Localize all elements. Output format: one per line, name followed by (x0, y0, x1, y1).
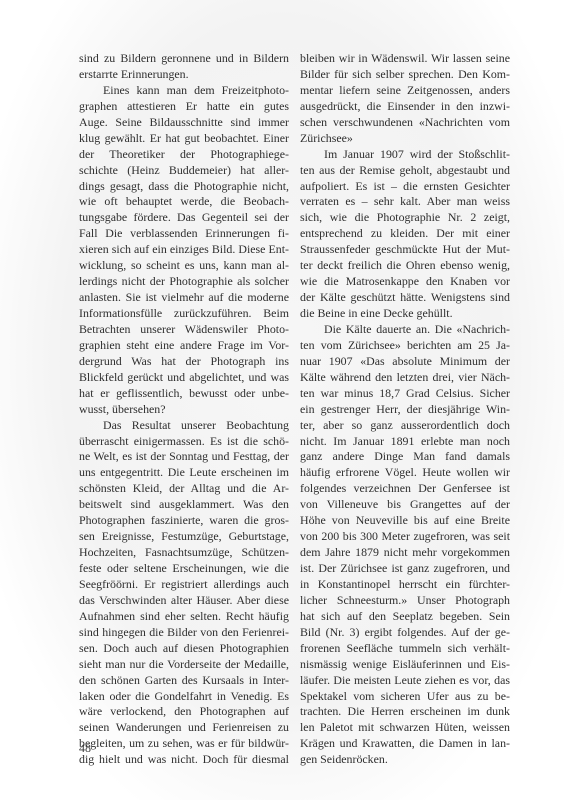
text-line: seinen Wanderungen und Ferienreisen zu (79, 720, 289, 736)
text-line: Informationsfülle zurückzuführen. Beim (79, 306, 289, 322)
text-line: sind zu Bildern geronnene und in Bildern (79, 51, 289, 67)
text-line: Eines kann man dem Freizeitphoto- (79, 83, 289, 99)
text-line: dem Jahre 1879 nicht mehr vorgekommen (300, 545, 510, 561)
text-line: Kälte während den letzten drei, vier Näc… (300, 370, 510, 386)
text-line: xieren sich auf ein einziges Bild. Diese… (79, 242, 289, 258)
text-line: ist. Der Zürichsee ist ganz zugefroren, … (300, 561, 510, 577)
text-line: nicht. Im Januar 1891 erlebte man noch (300, 434, 510, 450)
text-line: wusst, übersehen? (79, 402, 289, 418)
text-line: schönsten Kleid, der Alltag und die Ar- (79, 481, 289, 497)
text-line: hat sich auf den Seeplatz begeben. Sein (300, 609, 510, 625)
text-line: Fall Die verblassenden Erinnerungen fi- (79, 226, 289, 242)
text-line: der Theoretiker der Photographiege- (79, 147, 289, 163)
text-line: begleiten, um zu sehen, was er für bildw… (79, 736, 289, 752)
text-line: frorenen Seefläche tummeln sich verhält- (300, 641, 510, 657)
text-line: der Kälte geschützt hätte. Wenigstens si… (300, 290, 510, 306)
text-line: Die Kälte dauerte an. Die «Nachrich- (300, 322, 510, 338)
text-line: anlasten. Sie ist vielmehr auf die moder… (79, 290, 289, 306)
text-line: verraten es – sehr kalt. Aber man weiss (300, 194, 510, 210)
text-line: ter, aber so ganz ausserordentlich doch (300, 418, 510, 434)
text-line: Bilder für sich selber sprechen. Den Kom… (300, 67, 510, 83)
text-line: uns entgegentritt. Die Leute erscheinen … (79, 465, 289, 481)
text-line: ten vom Zürichsee» berichten am 25 Ja- (300, 338, 510, 354)
text-line: schichte (Heinz Buddemeier) hat aller- (79, 163, 289, 179)
text-line: in Konstantinopel herrscht ein fürchter- (300, 577, 510, 593)
text-line: bleiben wir in Wädenswil. Wir lassen sei… (300, 51, 510, 67)
text-line: wie die Matrosenkappe den Knaben vor (300, 274, 510, 290)
text-line: von 200 bis 300 Meter zugefroren, was se… (300, 529, 510, 545)
text-line: beitswelt sind ausgeklammert. Was den (79, 497, 289, 513)
text-line: laken oder die Gondelfahrt in Venedig. E… (79, 689, 289, 705)
text-line: Betrachten unserer Wädenswiler Photo- (79, 322, 289, 338)
text-line: folgendes verzeichnen Der Genfersee ist (300, 481, 510, 497)
text-line: graphen attestieren Er hatte ein gutes (79, 99, 289, 115)
text-line: wie oft behauptet werde, die Beobach- (79, 194, 289, 210)
text-line: schen verschwundenen «Nachrichten vom (300, 115, 510, 131)
text-line: den schönen Garten des Kursaals in Inter… (79, 673, 289, 689)
text-line: dergrund Was hat der Photograph ins (79, 354, 289, 370)
text-line: lerdings nicht der Photographie als solc… (79, 274, 289, 290)
text-line: dings gesagt, dass die Photographie nich… (79, 179, 289, 195)
text-line: Das Resultat unserer Beobachtung (79, 418, 289, 434)
text-line: hat er geflissentlich, bewusst oder unbe… (79, 386, 289, 402)
text-line: aufpoliert. Es ist – die ernsten Gesicht… (300, 179, 510, 195)
text-line: nismässig wenige Eisläuferinnen und Eis- (300, 657, 510, 673)
text-line: sich, wie die Photographie Nr. 2 zeigt, (300, 210, 510, 226)
text-line: Aufnahmen sind eher selten. Recht häufig (79, 609, 289, 625)
text-line: von Villeneuve bis Grangettes auf der (300, 497, 510, 513)
text-line: ein gestrenger Herr, der diesjährige Win… (300, 402, 510, 418)
text-line: läufer. Die meisten Leute ziehen es vor,… (300, 673, 510, 689)
text-line: klug gewählt. Er hat gut beobachtet. Ein… (79, 131, 289, 147)
text-line: Höhe von Neuveville bis auf eine Breite (300, 513, 510, 529)
text-line: sen Ereignisse, Festumzüge, Geburtstage, (79, 529, 289, 545)
text-line: mentar liefern seine Zeitgenossen, ander… (300, 83, 510, 99)
text-line: gen Seidenröcken. (300, 752, 510, 768)
text-line: überrascht einigermassen. Es ist die sch… (79, 434, 289, 450)
text-line: wäre verlockend, den Photographen auf (79, 704, 289, 720)
text-line: tungsgabe fördere. Das Gegenteil sei der (79, 210, 289, 226)
text-line: graphien steht eine andere Frage im Vor- (79, 338, 289, 354)
text-line: dig hielt und was nicht. Doch für diesma… (79, 752, 289, 768)
text-line: trachten. Die Herren erscheinen im dunk (300, 704, 510, 720)
text-line: die Beine in eine Decke gehüllt. (300, 306, 510, 322)
text-line: len Paletot mit schwarzen Hüten, weissen (300, 720, 510, 736)
text-line: ter deckt freilich die Ohren ebenso weni… (300, 258, 510, 274)
text-line: entsprechend zu kleiden. Der mit einer (300, 226, 510, 242)
text-line: ausgedrückt, die Einsender in den inzwi- (300, 99, 510, 115)
text-line: Straussenfeder geschmückte Hut der Mut- (300, 242, 510, 258)
page-number: 48 (79, 741, 91, 756)
text-line: Im Januar 1907 wird der Stoßschlit- (300, 147, 510, 163)
text-line: Blickfeld gerückt und abgelichtet, und w… (79, 370, 289, 386)
text-line: Photographen faszinierte, waren die gros… (79, 513, 289, 529)
text-line: Spektakel vom sicheren Ufer aus zu be- (300, 689, 510, 705)
text-line: licher Schneesturm.» Unser Photograph (300, 593, 510, 609)
text-line: Seegfröörni. Er registriert allerdings a… (79, 577, 289, 593)
text-line: erstarrte Erinnerungen. (79, 67, 289, 83)
text-line: ten war minus 18,7 Grad Celsius. Sicher (300, 386, 510, 402)
text-line: sieht man nur die Vorderseite der Medail… (79, 657, 289, 673)
text-line: ten aus der Remise geholt, abgestaubt un… (300, 163, 510, 179)
text-line: sen. Doch auch auf diesen Photographien (79, 641, 289, 657)
text-line: ne Welt, es ist der Sonntag und Festtag,… (79, 449, 289, 465)
right-text-column: bleiben wir in Wädenswil. Wir lassen sei… (300, 51, 510, 768)
left-text-column: sind zu Bildern geronnene und in Bildern… (79, 51, 289, 768)
text-line: nuar 1907 «Das absolute Minimum der (300, 354, 510, 370)
text-line: häufig erfrorene Vögel. Heute wollen wir (300, 465, 510, 481)
text-line: sind hingegen die Bilder von den Ferienr… (79, 625, 289, 641)
text-line: ganz andere Dinge Man fand damals (300, 449, 510, 465)
text-line: Krägen und Krawatten, die Damen in lan- (300, 736, 510, 752)
text-line: das Verschwinden alter Häuser. Aber dies… (79, 593, 289, 609)
text-line: Bild (Nr. 3) ergibt folgendes. Auf der g… (300, 625, 510, 641)
text-line: feste oder seltene Erscheinungen, wie di… (79, 561, 289, 577)
text-line: Hochzeiten, Fasnachtsumzüge, Schützen- (79, 545, 289, 561)
text-line: Auge. Seine Bildausschnitte sind immer (79, 115, 289, 131)
text-line: Zürichsee» (300, 131, 510, 147)
text-line: wicklung, so scheint es uns, kann man al… (79, 258, 289, 274)
